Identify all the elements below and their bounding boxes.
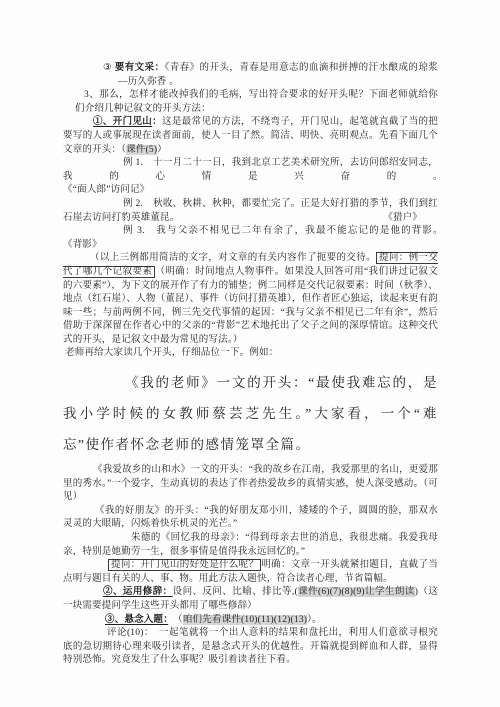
para-teacher-reads-more: 老师再给大家读几个开头，仔细品位一下。例如： — [63, 347, 438, 361]
text-run: （明确：时间地点人物事件。如果没人回答可用“我们讲过记叙文的六要素”），为下文的… — [63, 267, 438, 345]
para-my-teacher-large: 《我的老师》一文的开头：“最使我难忘的，是我小学时候的女教师蔡芸芝先生。”大家看… — [63, 367, 438, 460]
method1-heading: ①、开门见山 — [93, 117, 152, 127]
para-example2: 例 2. 秋收、秋耕、秋种，都要忙完了。正是大好打猎的季节，我们到红石崖去访问打… — [63, 198, 438, 225]
para-hometown-mountains: 《我爱故乡的山和水》一文的开头：“我的故乡在江南，我爱那里的名山，更爱那里的秀水… — [63, 464, 438, 505]
source-title: 《背影》 — [63, 240, 102, 250]
para-benefit-question: 提问：开门见山的好处是什么呢？明确：文章一开头就紧扣题目，直截了当点明与题目有关… — [63, 559, 438, 586]
text-run: 《青春》的开头，青春是用意志的血滴和拼搏的汗水酿成的琼浆—历久弥香 。 — [118, 63, 438, 87]
para-yaoyou-wencai: ③ 要有文采：《青春》的开头，青春是用意志的血滴和拼搏的汗水酿成的琼浆—历久弥香… — [118, 62, 438, 89]
text-run: ） — [157, 145, 167, 155]
text-run: （ — [168, 615, 183, 625]
text-run: ③ — [103, 63, 115, 73]
courseware-highlight: 课件(5) — [126, 145, 157, 155]
text-run: 3、那么，怎样才能改掉我们的毛病，写出符合要求的好开头呢？下面老师就给你们介绍几… — [75, 90, 438, 114]
text-run: 评论(10)： 一起笔就将一个出人意料的结果和盘托出，利用人们意欲寻根究底的急切… — [63, 628, 438, 665]
method3-heading: ③、悬念入题： — [105, 615, 168, 625]
text-run: 《我的好朋友》的开头：“我的好朋友郑小川，矮矮的个子，圆圆的脸，那双水灵灵的大眼… — [63, 506, 438, 530]
method2-heading: ②、运用修辞： — [103, 587, 173, 597]
para-method3-xuannian: ③、悬念入题： （咱们先看课件(10)(11)(12)(13)）。 — [63, 614, 438, 628]
text-run: 设问、反问、比喻、排比等,( — [173, 587, 298, 597]
document-body: ③ 要有文采：《青春》的开头，青春是用意志的血滴和拼搏的汗水酿成的琼浆—历久弥香… — [63, 62, 438, 668]
para-method1-kaimenjianshan: ①、开门见山：这是最常见的方法，不绕弯子，开门见山，起笔就直截了当的把要写的人或… — [63, 116, 438, 157]
text-run: 朱德的《回忆我的母亲》：“得到母亲去世的消息，我很悲痛。我爱我母亲，特别是她勤劳… — [63, 533, 438, 557]
text-run — [175, 213, 388, 223]
para-comment10: 评论(10)： 一起笔就将一个出人意料的结果和盘托出，利用人们意欲寻根究底的急切… — [63, 627, 438, 668]
subpoint-title: 要有文采： — [115, 63, 165, 73]
para-example3: 例 3. 我与父亲不相见已二年有余了，我最不能忘记的是他的背影。 《背影》 — [63, 225, 438, 252]
text-run — [438, 172, 500, 182]
para-zhude-mother: 朱德的《回忆我的母亲》：“得到母亲去世的消息，我很悲痛。我爱我母亲，特别是她勤劳… — [63, 532, 438, 559]
text-run: 《我的老师》一文的开头：“最使我难忘的，是我小学时候的女教师蔡芸芝先生。”大家看… — [63, 375, 438, 452]
para-transition-question: 3、那么，怎样才能改掉我们的毛病，写出符合要求的好开头呢？下面老师就给你们介绍几… — [75, 89, 438, 116]
para-method2-xiuci: ②、运用修辞：设问、反问、比喻、排比等,(课件(6)(7)(8)(9)让学生朗读… — [63, 586, 438, 613]
para-analysis-three-examples: （以上三例都用简洁的文字，对文章的有关内容作了扼要的交待。提问：例一交代了哪几个… — [63, 252, 438, 347]
text-run: 例 3. 我与父亲不相见已二年有余了，我最不能忘记的是他的背影。 — [123, 226, 438, 236]
document-page: ③ 要有文采：《青春》的开头，青春是用意志的血滴和拼搏的汗水酿成的琼浆—历久弥香… — [0, 0, 500, 707]
question-box: 提问：开门见山的好处是什么呢？ — [108, 559, 261, 571]
source-title: 《猎户》 — [388, 213, 422, 223]
text-run: 例 1. 十一月二十一日，我到北京工艺美术研究所，去访问郎绍安同志，我的心情是兴… — [63, 158, 438, 182]
text-run: ： — [152, 117, 162, 127]
text-run: 老师再给大家读几个开头，仔细品位一下。例如： — [65, 348, 278, 358]
para-example1: 例 1. 十一月二十一日，我到北京工艺美术研究所，去访问郎绍安同志，我的心情是兴… — [63, 157, 438, 198]
text-run — [438, 226, 467, 236]
courseware-highlight: 咱们先看课件(10)(11)(12)(13) — [183, 615, 307, 625]
text-run: ）。 — [307, 615, 322, 625]
text-run: （以上三例都用简洁的文字，对文章的有关内容作了扼要的交待。 — [90, 253, 376, 263]
courseware-highlight: 课件(6)(7)(8)(9)让学生朗读 — [298, 587, 415, 597]
source-title: 《“面人郎”访问记》 — [63, 185, 149, 195]
para-my-good-friend: 《我的好朋友》的开头：“我的好朋友郑小川，矮矮的个子，圆圆的脸，那双水灵灵的大眼… — [63, 505, 438, 532]
text-run: 《我爱故乡的山和水》一文的开头：“我的故乡在江南，我爱那里的名山，更爱那里的秀水… — [63, 465, 438, 502]
